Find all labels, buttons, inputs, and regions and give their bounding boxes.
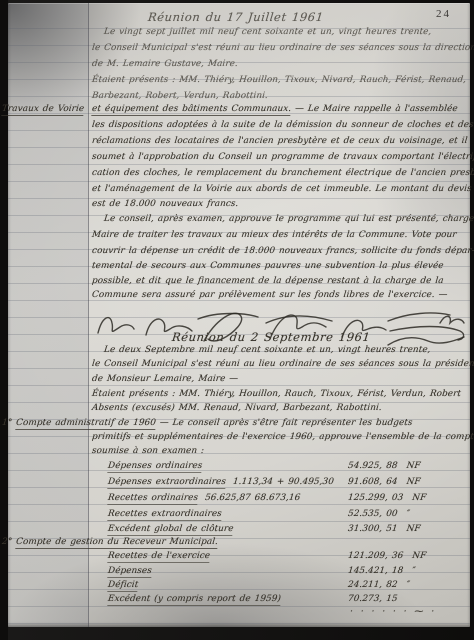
table-row-label: Excédent (y compris report de 1959): [107, 594, 281, 604]
margin-heading-label: Travaux de Voirie: [1, 104, 84, 116]
meeting1-title: Réunion du 17 Juillet 1961: [147, 10, 324, 24]
minutes-line: cation des cloches, le remplacement du b…: [91, 168, 474, 178]
attendance-line: Barbezant, Robert, Verdun, Rabottini.: [91, 91, 268, 101]
minutes-line: de M. Lemaire Gustave, Maire.: [91, 59, 238, 69]
table-row-label: Excédent global de clôture: [107, 524, 241, 534]
meeting2-title: Réunion du 2 Septembre 1961: [171, 330, 371, 344]
minutes-line: les dispositions adoptées à la suite de …: [91, 120, 474, 130]
table-row-label: Dépenses: [107, 566, 152, 576]
table-row-label: Recettes ordinaires56.625,87 68.673,16: [107, 493, 300, 503]
minutes-line: de Monsieur Lemaire, Maire —: [91, 374, 238, 384]
agenda-item-1: 1° Compte administratif de 1960 — Le con…: [1, 418, 413, 428]
minutes-line: possible, et dit que le financement de l…: [91, 276, 444, 286]
table-row-label: Recettes extraordinaires: [107, 509, 229, 519]
table-row-amount: 125.299, 03NF: [347, 493, 426, 503]
table-row-amount: 52.535, 00″: [347, 509, 410, 519]
scanned-register-page: 24 Réunion du 17 Juillet 1961 Le vingt s…: [0, 0, 474, 640]
attendance-line: Étaient présents : MM. Thiéry, Houillon,…: [91, 75, 466, 85]
table-row-label: Dépenses extraordinaires1.113,34 + 90.49…: [107, 477, 334, 487]
minutes-line: est de 18.000 nouveaux francs.: [91, 199, 238, 209]
item-heading-rest: — Le conseil après s'être fait représent…: [155, 418, 413, 428]
minutes-line: le Conseil Municipal s'est réuni au lieu…: [91, 359, 474, 369]
minutes-line: Le deux Septembre mil neuf cent soixante…: [103, 345, 431, 355]
signature-stroke: [390, 327, 464, 341]
minutes-line: et l'aménagement de la Voirie aux abords…: [91, 184, 472, 194]
item-number: 2°: [1, 537, 12, 547]
minutes-line: soumise à son examen :: [91, 446, 204, 456]
table-row-amount: 145.421, 18″: [347, 566, 416, 576]
table-row-label: Recettes de l'exercice: [107, 551, 210, 561]
signature-stroke: [266, 316, 332, 323]
minutes-line: couvrir la dépense un crédit de 18.000 n…: [91, 246, 474, 256]
item-number: 1°: [1, 418, 12, 428]
minutes-line: Le vingt sept juillet mil neuf cent soix…: [103, 27, 431, 37]
table-row-amount: 24.211, 82″: [347, 580, 410, 590]
minutes-line: soumet à l'approbation du Conseil un pro…: [91, 152, 474, 162]
page-number: 24: [436, 8, 451, 20]
table-row-amount: 91.608, 64NF: [347, 477, 421, 487]
table-row-amount: 121.209, 36NF: [347, 551, 426, 561]
minutes-line: le Conseil Municipal s'est réuni au lieu…: [91, 43, 474, 53]
item-heading: Compte de gestion du Receveur Municipal.: [15, 537, 218, 549]
signature-stroke: [440, 316, 464, 323]
table-row-amount: 31.300, 51NF: [347, 524, 421, 534]
table-row-label: Dépenses ordinaires: [107, 461, 209, 471]
table-row-amount: 70.273, 15: [347, 594, 407, 604]
table-row-amount: 54.925, 88NF: [347, 461, 421, 471]
item-heading: Compte administratif de 1960: [15, 418, 156, 430]
minutes-line: Maire de traiter les travaux au mieux de…: [91, 230, 457, 240]
agenda-item-2: 2° Compte de gestion du Receveur Municip…: [1, 537, 218, 547]
minutes-line: temental de secours aux Communes pauvres…: [91, 261, 444, 271]
table-row-label: Déficit: [107, 580, 138, 590]
signature-stroke: [98, 318, 134, 333]
signature-stroke: [198, 314, 258, 320]
section-heading-line: et équipement des bâtiments Communaux. —…: [91, 104, 458, 114]
margin-heading: Travaux de Voirie: [1, 104, 84, 114]
section-heading: et équipement des bâtiments Communaux.: [91, 104, 291, 116]
signature-stroke: [388, 313, 450, 321]
signature-stroke: [388, 337, 464, 345]
minutes-line: réclamations des locataires de l'ancien …: [91, 136, 468, 146]
minutes-line: primitifs et supplémentaires de l'exerci…: [91, 432, 474, 442]
closing-flourish: · · · · · · ⁓ ·: [349, 607, 436, 617]
attendance-line: Absents (excusés) MM. Renaud, Nivard, Ba…: [91, 403, 382, 413]
section-heading-rest: — Le Maire rappelle à l'assemblée: [291, 104, 458, 114]
minutes-line: Le conseil, après examen, approuve le pr…: [103, 214, 474, 224]
attendance-line: Étaient présents : MM. Thiéry, Houillon,…: [91, 389, 461, 399]
